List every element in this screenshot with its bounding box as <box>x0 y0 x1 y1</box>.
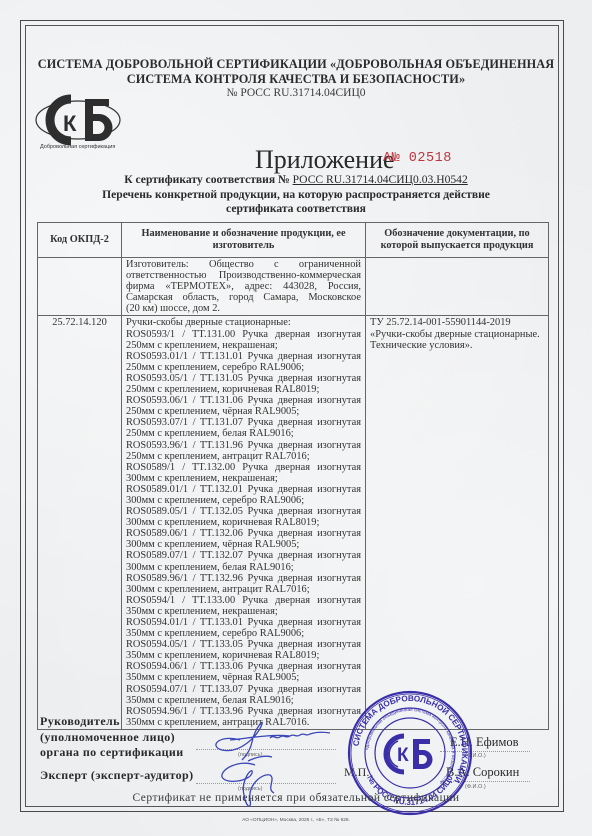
system-title-line-2: СИСТЕМА КОНТРОЛЯ КАЧЕСТВА И БЕЗОПАСНОСТИ… <box>0 72 592 87</box>
product-item-line-2: 350мм с креплением, коричневая RAL8019; <box>126 650 361 661</box>
list-subtitle-line-2: сертификата соответствия <box>0 202 592 215</box>
product-item-line-1: ROS0589.96/1 / TT.132.96 Ручка дверная и… <box>126 573 361 584</box>
manufacturer-line: Самарская область, город Самара, Московс… <box>126 292 361 303</box>
documentation-line: «Ручки-скобы дверные стационарные. <box>370 329 544 340</box>
column-header-product-name: Наименование и обозначение продукции, ее… <box>122 223 366 258</box>
product-item-line-1: ROS0594/1 / TT.133.00 Ручка дверная изог… <box>126 595 361 606</box>
product-item-line-1: ROS0594.07/1 / TT.133.07 Ручка дверная и… <box>126 684 361 695</box>
product-item-line-1: ROS0589.05/1 / TT.132.05 Ручка дверная и… <box>126 506 361 517</box>
head-label-line: (уполномоченное лицо) <box>40 730 184 746</box>
product-item-line-2: 350мм с креплением, некрашеная; <box>126 606 361 617</box>
svg-text:«Добровольная объединенная сис: «Добровольная объединенная система контр… <box>364 707 456 786</box>
manufacturer-line: Изготовитель: Общество с ограниченной <box>126 259 361 270</box>
product-list-cell: Ручки-скобы дверные стационарные: ROS059… <box>122 316 366 729</box>
certificate-prefix: К сертификату соответствия № <box>124 173 292 186</box>
product-item-line-2: 350мм с креплением, серебро RAL9006; <box>126 628 361 639</box>
product-items: ROS0593/1 / TT.131.00 Ручка дверная изог… <box>126 329 361 728</box>
svg-text:К: К <box>63 111 77 136</box>
table-row-manufacturer: Изготовитель: Общество с ограниченной от… <box>38 258 549 316</box>
appendix-title: Приложение <box>255 145 395 175</box>
product-item-line-2: 300мм с креплением, белая RAL9016; <box>126 562 361 573</box>
column-header-okpd-code: Код ОКПД-2 <box>38 223 122 258</box>
product-item-line-2: 250мм с креплением, коричневая RAL8019; <box>126 384 361 395</box>
product-item-line-1: ROS0593.05/1 / TT.131.05 Ручка дверная и… <box>126 373 361 384</box>
product-item-line-1: ROS0589/1 / TT.132.00 Ручка дверная изог… <box>126 462 361 473</box>
product-item-line-1: ROS0589.01/1 / TT.132.01 Ручка дверная и… <box>126 484 361 495</box>
list-subtitle-line-1: Перечень конкретной продукции, на котору… <box>0 188 592 201</box>
products-table: Код ОКПД-2 Наименование и обозначение пр… <box>37 222 549 730</box>
product-item-line-1: ROS0593.01/1 / TT.131.01 Ручка дверная и… <box>126 351 361 362</box>
product-item-line-2: 300мм с креплением, антрацит RAL7016; <box>126 584 361 595</box>
head-label-line: органа по сертификации <box>40 745 184 761</box>
product-item-line-2: 300мм с креплением, некрашеная; <box>126 473 361 484</box>
manufacturer-doc-cell <box>366 258 549 316</box>
svg-text:К: К <box>397 745 409 766</box>
product-item-line-2: 300мм с креплением, чёрная RAL9005; <box>126 539 361 550</box>
product-item-line-1: ROS0594.06/1 / TT.133.06 Ручка дверная и… <box>126 661 361 672</box>
product-item-line-1: ROS0594.01/1 / TT.133.01 Ручка дверная и… <box>126 617 361 628</box>
certificate-number: РОСС RU.31714.04СИЦ0.03.Н0542 <box>293 173 468 186</box>
head-label-line: Руководитель <box>40 714 184 730</box>
appendix-serial-number: А№ 02518 <box>383 151 452 166</box>
product-item-line-1: ROS0593/1 / TT.131.00 Ручка дверная изог… <box>126 329 361 340</box>
column-header-documentation: Обозначение документации, по которой вып… <box>366 223 549 258</box>
head-signature-line <box>196 749 336 750</box>
product-item-line-2: 300мм с креплением, серебро RAL9006; <box>126 495 361 506</box>
product-item-line-2: 250мм с креплением, чёрная RAL9005; <box>126 406 361 417</box>
product-item-line-2: 250мм с креплением, серебро RAL9006; <box>126 362 361 373</box>
certificate-reference: К сертификату соответствия № РОСС RU.317… <box>0 173 592 186</box>
voluntary-certification-notice: Сертификат не применяется при обязательн… <box>0 792 592 804</box>
manufacturer-cell: Изготовитель: Общество с ограниченной от… <box>122 258 366 316</box>
manufacturer-line: (20 км) шоссе, дом 2. <box>126 303 361 314</box>
product-group-title: Ручки-скобы дверные стационарные: <box>126 317 361 328</box>
manufacturer-code-cell <box>38 258 122 316</box>
skb-logo-icon: К <box>33 90 123 146</box>
logo-caption: Добровольная сертификация <box>40 144 115 150</box>
product-item-line-1: ROS0593.07/1 / TT.131.07 Ручка дверная и… <box>126 417 361 428</box>
product-item-line-1: ROS0593.96/1 / TT.131.96 Ручка дверная и… <box>126 440 361 451</box>
product-item-line-2: 300мм с креплением, коричневая RAL8019; <box>126 517 361 528</box>
expert-signature-line <box>196 783 336 784</box>
documentation-line: Технические условия». <box>370 340 544 351</box>
product-item-line-1: ROS0594.05/1 / TT.133.05 Ручка дверная и… <box>126 639 361 650</box>
table-header-row: Код ОКПД-2 Наименование и обозначение пр… <box>38 223 549 258</box>
manufacturer-line: фирма «ТЕРМОТЕХ», адрес: 443028, Россия, <box>126 281 361 292</box>
product-item-line-2: 250мм с креплением, белая RAL9016; <box>126 428 361 439</box>
documentation-line: ТУ 25.72.14-001-55901144-2019 <box>370 317 544 328</box>
documentation-cell: ТУ 25.72.14-001-55901144-2019 «Ручки-ско… <box>366 316 549 729</box>
product-item-line-1: ROS0589.07/1 / TT.132.07 Ручка дверная и… <box>126 550 361 561</box>
product-item-line-2: 350мм с креплением, чёрная RAL9005; <box>126 672 361 683</box>
product-item-line-2: 250мм с креплением, некрашеная; <box>126 340 361 351</box>
printer-imprint: АО «ОПЦИОН», Москва, 2025 г., «Б», ТЗ № … <box>0 818 592 823</box>
head-of-body-label: Руководитель (уполномоченное лицо) орган… <box>40 714 184 761</box>
product-item-line-1: ROS0589.06/1 / TT.132.06 Ручка дверная и… <box>126 528 361 539</box>
system-title-line-1: СИСТЕМА ДОБРОВОЛЬНОЙ СЕРТИФИКАЦИИ «ДОБРО… <box>0 57 592 72</box>
expert-label: Эксперт (эксперт-аудитор) <box>40 768 194 784</box>
manufacturer-line: ответственностью Производственно-коммерч… <box>126 270 361 281</box>
product-item-line-2: 350мм с креплением, белая RAL9016; <box>126 695 361 706</box>
okpd-code-cell: 25.72.14.120 <box>38 316 122 729</box>
product-item-line-2: 250мм с креплением, антрацит RAL7016; <box>126 451 361 462</box>
product-item-line-1: ROS0593.06/1 / TT.131.06 Ручка дверная и… <box>126 395 361 406</box>
head-signature-caption: (подпись) <box>238 752 262 758</box>
table-row-products: 25.72.14.120 Ручки-скобы дверные стацион… <box>38 316 549 729</box>
